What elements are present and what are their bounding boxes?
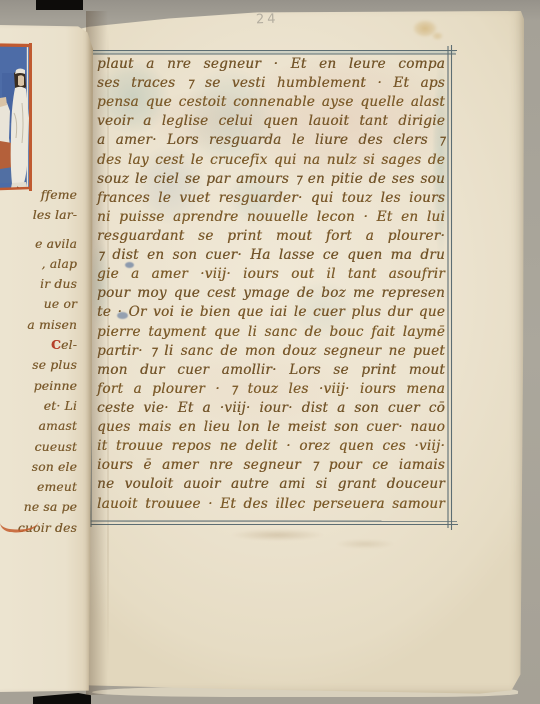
margin-text-fragment: a misen (0, 315, 77, 335)
manuscript-text-line: ⁊ dist en son cuer· Ha lasse ce quen ma … (97, 246, 445, 265)
manuscript-text-line: frances le vuet resguarder· qui touz les… (97, 189, 445, 208)
manuscript-text-line: ques mais en lieu lon le meist son cuer·… (97, 418, 445, 437)
manuscript-text-line: plaut a nre segneur · Et en leure compa (97, 55, 445, 74)
manuscript-text-line: pour moy que cest ymage de boz me repres… (97, 284, 445, 303)
ruled-text-frame: plaut a nre segneur · Et en leure compas… (87, 50, 452, 525)
manuscript-text-line: ses traces ⁊ se vesti humblement · Et ap… (97, 74, 445, 93)
facing-page-edge: ffemeles lar-e avila, alapir dusue ora m… (0, 25, 93, 692)
margin-text-fragment: peinne (0, 376, 77, 396)
manuscript-text-line: resguardant se print mout fort a plourer… (97, 227, 445, 246)
manuscript-text-line: veoir a leglise celui quen lauoit tant d… (97, 112, 445, 131)
show-through-smudge (230, 529, 325, 541)
margin-text-column: ffemeles lar-e avila, alapir dusue ora m… (0, 185, 84, 538)
margin-text-fragment: les lar- (0, 205, 77, 225)
miniature-art (0, 43, 33, 191)
manuscript-text-line: ni puisse aprendre nouuelle lecon · Et e… (97, 208, 445, 227)
manuscript-text-line: gie a amer ·viij· iours out il tant asou… (97, 265, 445, 284)
manuscript-text-line: des lay cest le crucefix qui na nulz si … (97, 151, 445, 170)
manuscript-text-line: ceste vie· Et a ·viij· iour· dist a son … (97, 399, 445, 418)
rubric-paraph: C (51, 337, 61, 352)
miniature-illustration (0, 43, 33, 191)
manuscript-text-line: it trouue repos ne delit · orez quen ces… (97, 437, 445, 456)
margin-text-fragment: ffeme (0, 185, 77, 205)
manuscript-text-line: ne vouloit auoir autre ami si grant douc… (97, 475, 445, 494)
manuscript-text-line: souz le ciel se par amours ⁊ en pitie de… (97, 170, 445, 189)
margin-text-fragment: ue or (0, 294, 77, 314)
manuscript-text-line: lauoit trouuee · Et des illec perseuera … (97, 495, 445, 514)
margin-text-fragment: et· Li (0, 396, 77, 416)
binding-edge-top (36, 0, 83, 10)
show-through-smudge (335, 539, 395, 549)
margin-text-fragment: son ele (0, 457, 77, 477)
manuscript-text-line: pierre tayment que li sanc de bouc fait … (97, 323, 445, 342)
margin-text-fragment: ne sa pe (0, 497, 77, 517)
binding-edge-bottom (33, 693, 91, 704)
margin-text-fragment: se plus (0, 355, 77, 375)
margin-text-fragment: amast (0, 416, 77, 436)
manuscript-text-line: a amer· Lors resguarda le liure des cler… (97, 131, 445, 150)
manuscript-photo: 24 (0, 0, 540, 704)
margin-text-fragment: , alap (0, 254, 77, 274)
manuscript-text-line: pensa que cestoit connenable ayse quelle… (97, 93, 445, 112)
stain (432, 32, 443, 40)
manuscript-page: 24 (80, 11, 524, 695)
manuscript-text-line: fort a plourer · ⁊ touz les ·viij· iours… (97, 380, 445, 399)
manuscript-text-line: partir· ⁊ li sanc de mon douz segneur ne… (97, 342, 445, 361)
margin-text-fragment: ir dus (0, 274, 77, 294)
margin-text-fragment: emeut (0, 477, 77, 497)
manuscript-text-line: iours ē amer nre segneur ⁊ pour ce iamai… (97, 456, 445, 475)
margin-text-fragment: cueust (0, 437, 77, 457)
manuscript-text-line: mon dur cuer amollir· Lors se print mout (97, 361, 445, 380)
margin-text-fragment: Cel- (0, 335, 77, 355)
text-block: plaut a nre segneur · Et en leure compas… (97, 55, 445, 514)
folio-number: 24 (256, 12, 279, 28)
manuscript-text-line: te · Or voi ie bien que iai le cuer plus… (97, 303, 445, 322)
margin-text-fragment: e avila (0, 234, 77, 254)
